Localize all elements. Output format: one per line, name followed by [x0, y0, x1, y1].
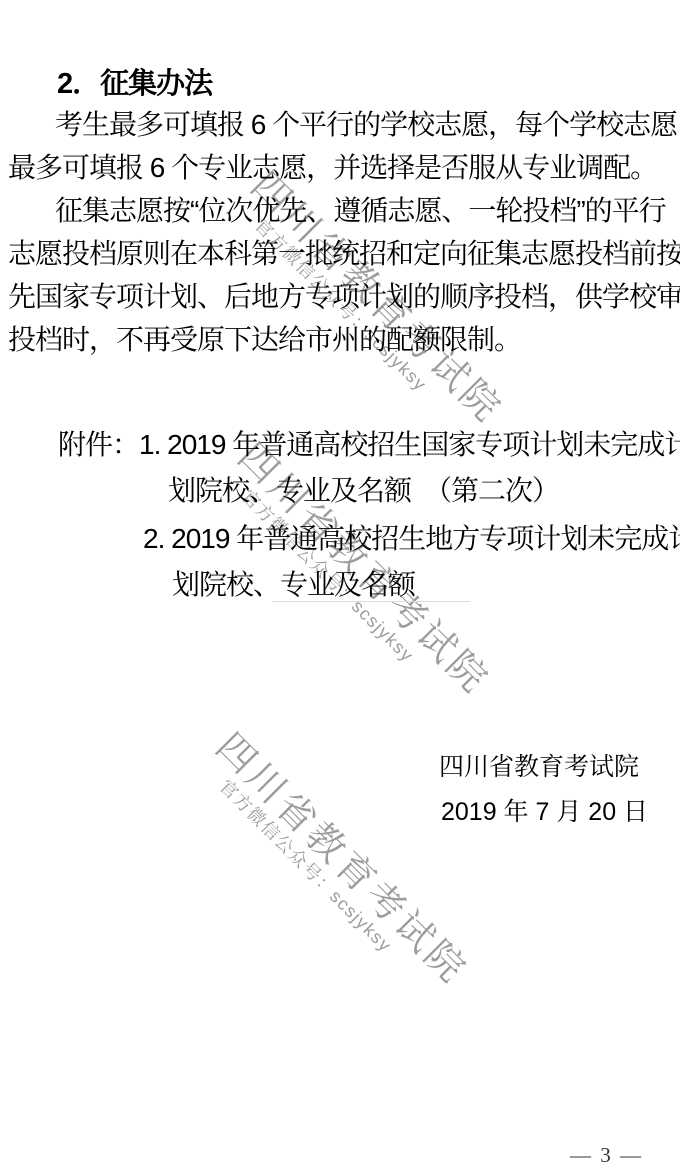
signature-date: 2019 年 7 月 20 日	[441, 799, 648, 827]
signature-issuer: 四川省教育考试院	[439, 754, 639, 782]
document-page: 四川省教育考试院 官方微信公众号：scsjyksy 四川省教育考试院 官方微信公…	[0, 0, 680, 1172]
section-heading: 2．征集办法	[57, 68, 212, 101]
faint-underline	[272, 601, 470, 602]
attachment-line1: 附件：1. 2019 年普通高校招生国家专项计划未完成计	[58, 429, 680, 461]
paragraph1-line2: 最多可填报 6 个专业志愿，并选择是否服从专业调配。	[8, 152, 657, 184]
paragraph1-line1: 考生最多可填报 6 个平行的学校志愿，每个学校志愿内	[55, 109, 680, 141]
paragraph2-line2: 志愿投档原则在本科第一批统招和定向征集志愿投档前按	[8, 238, 680, 270]
watermark-instance-bottom: 四川省教育考试院 官方微信公众号：scsjyksy	[195, 727, 474, 1006]
paragraph2-line3: 先国家专项计划、后地方专项计划的顺序投档，供学校审录。	[8, 281, 680, 313]
watermark-sub-text: 官方微信公众号：scsjyksy	[216, 776, 445, 1005]
watermark-main-text: 四川省教育考试院	[209, 727, 473, 991]
attachment-line4: 划院校、专业及名额	[172, 569, 415, 601]
paragraph2-line1: 征集志愿按“位次优先、遵循志愿、一轮投档”的平行	[55, 195, 666, 227]
paragraph2-line4: 投档时，不再受原下达给市州的配额限制。	[8, 324, 521, 356]
attachment-line3: 2. 2019 年普通高校招生地方专项计划未完成计	[143, 523, 680, 555]
page-number: — 3 —	[570, 1143, 643, 1168]
attachment-line2: 划院校、专业及名额 （第二次）	[168, 475, 559, 507]
